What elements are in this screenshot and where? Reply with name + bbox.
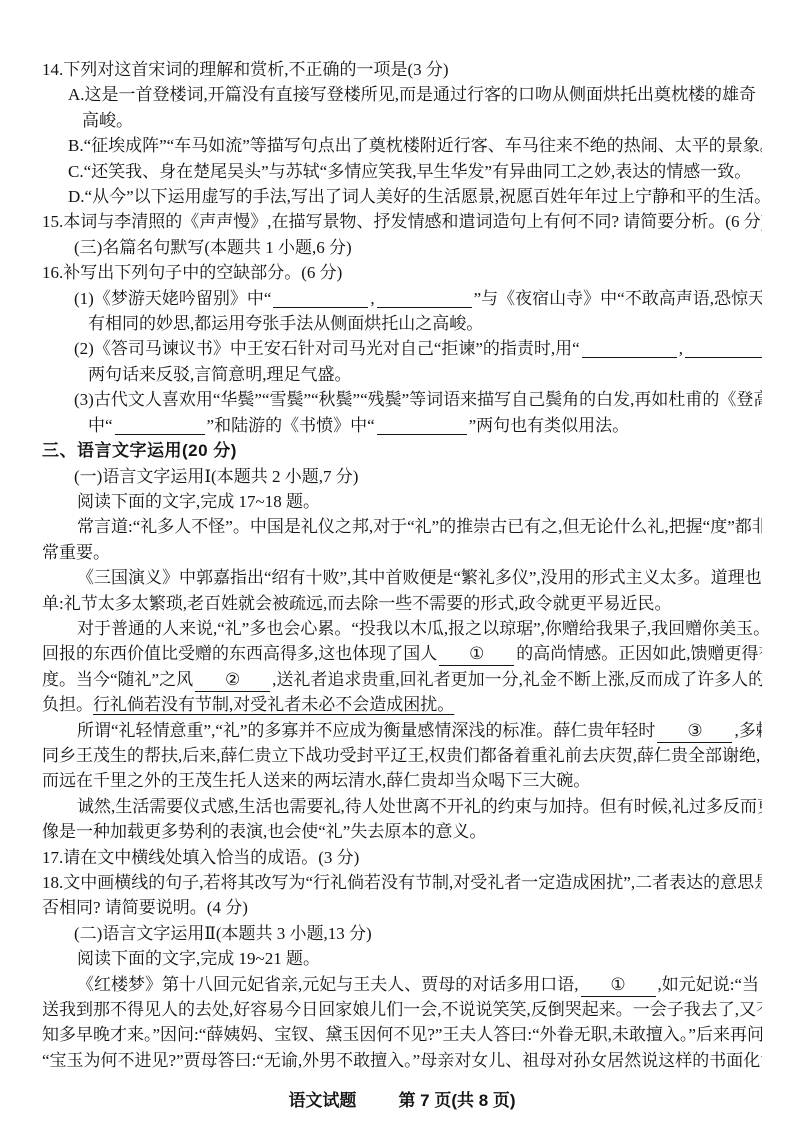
question-16-item3-line2: 中“”和陆游的《书愤》中“”两句也有类似用法。: [42, 413, 762, 438]
passage1-para3-line2: 回报的东西价值比受赠的东西高得多,这也体现了国人①的高尚情感。正因如此,馈赠更得…: [42, 641, 762, 666]
footer-doc-title: 语文试题: [288, 1091, 356, 1110]
question-15-stem: 15.本词与李清照的《声声慢》,在描写景物、抒发情感和遣词造句上有何不同? 请简…: [42, 209, 762, 234]
answer-blank: [377, 434, 467, 435]
passage1-para4-line1: 所谓“礼轻情意重”,“礼”的多寡并不应成为衡量感情深浅的标准。薛仁贵年轻时③,多…: [42, 718, 762, 743]
passage1-para3-line1: 对于普通的人来说,“礼”多也会心累。“投我以木瓜,报之以琼琚”,你赠给我果子,我…: [42, 616, 762, 641]
passage2-text: 《红楼梦》第十八回元妃省亲,元妃与王夫人、贾母的对话多用口语,: [77, 975, 579, 994]
passage2-line4: “宝玉为何不进见?”贾母答曰:“无谕,外男不敢擅入。”母亲对女儿、祖母对孙女居然…: [42, 1048, 762, 1073]
section-ii-subheader: (二)语言文字运用Ⅱ(本题共 3 小题,13 分): [42, 921, 762, 946]
question-14-option-c: C.“还笑我、身在楚尾吴头”与苏轼“多情应笑我,早生华发”有异曲同工之妙,表达的…: [42, 159, 762, 184]
footer-page-number: 第 7 页(共 8 页): [398, 1091, 515, 1110]
question-16-item2-line2: 两句话来反驳,言简意明,理足气盛。: [42, 362, 762, 387]
q16-item2-text-mid: ,: [679, 339, 683, 358]
passage1-text: 所谓“礼轻情意重”,“礼”的多寡并不应成为衡量感情深浅的标准。薛仁贵年轻时: [77, 721, 655, 740]
passage1-para1-line1: 常言道:“礼多人不怪”。中国是礼仪之邦,对于“礼”的推崇古已有之,但无论什么礼,…: [42, 514, 762, 539]
answer-blank-circled-1: ①: [581, 974, 656, 997]
passage2-line1: 《红楼梦》第十八回元妃省亲,元妃与王夫人、贾母的对话多用口语,①,如元妃说:“当…: [42, 972, 762, 997]
passage1-text: 的高尚情感。正因如此,馈赠更得有: [516, 644, 762, 663]
q16-item3-text-mid: ”和陆游的《书愤》中“: [207, 416, 375, 435]
question-14-option-a-line2: 高峻。: [42, 108, 762, 133]
section-i-subheader: (一)语言文字运用Ⅰ(本题共 2 小题,7 分): [42, 464, 762, 489]
section-3-subheader: (三)名篇名句默写(本题共 1 小题,6 分): [42, 235, 762, 260]
answer-blank: [685, 357, 762, 358]
q16-item3-text-pre: 中“: [88, 416, 113, 435]
passage1-para5-line1: 诚然,生活需要仪式感,生活也需要礼,待人处世离不开礼的约束与加持。但有时候,礼过…: [42, 794, 762, 819]
question-14-option-a-line1: A.这是一首登楼词,开篇没有直接写登楼所见,而是通过行客的口吻从侧面烘托出奠枕楼…: [42, 82, 762, 107]
answer-blank: [377, 307, 472, 308]
answer-blank-circled-1: ①: [439, 643, 514, 666]
page-footer: 语文试题第 7 页(共 8 页): [42, 1088, 762, 1113]
answer-blank: [582, 357, 677, 358]
question-16-item1-line1: (1)《梦游天姥吟留别》中“,”与《夜宿山寺》中“不敢高声语,恐惊天上人”: [42, 286, 762, 311]
passage1-para5-line2: 像是一种加载更多势利的表演,也会使“礼”失去原本的意义。: [42, 819, 762, 844]
question-14-option-b: B.“征埃成阵”“车马如流”等描写句点出了奠枕楼附近行客、车马往来不绝的热闹、太…: [42, 133, 762, 158]
q16-item2-text-pre: (2)《答司马谏议书》中王安石针对司马光对自己“拒谏”的指责时,用“: [74, 339, 580, 358]
answer-blank: [273, 307, 368, 308]
passage1-para3-line4: 负担。行礼倘若没有节制,对受礼者未必不会造成困扰。: [42, 692, 762, 717]
passage1-text: ,多赖: [734, 721, 762, 740]
question-14-option-d: D.“从今”以下运用虚写的手法,写出了词人美好的生活愿景,祝愿百姓年年过上宁静和…: [42, 184, 762, 209]
reading1-instruction: 阅读下面的文字,完成 17~18 题。: [42, 489, 762, 514]
passage1-text: 回报的东西价值比受赠的东西高得多,这也体现了国人: [42, 644, 437, 663]
passage1-para4-line2: 同乡王茂生的帮扶,后来,薛仁贵立下战功受封平辽王,权贵们都备着重礼前去庆贺,薛仁…: [42, 743, 762, 768]
question-16-stem: 16.补写出下列句子中的空缺部分。(6 分): [42, 260, 762, 285]
q16-item1-text-pre: (1)《梦游天姥吟留别》中“: [74, 289, 271, 308]
passage1-text: 负担。: [42, 695, 93, 714]
q16-item3-text-post: ”两句也有类似用法。: [469, 416, 630, 435]
passage2-text: ,如元妃说:“当日既: [658, 975, 763, 994]
answer-blank: [115, 434, 205, 435]
answer-blank-circled-2: ②: [195, 669, 270, 692]
passage1-text: ,送礼者追求贵重,回礼者更加一分,礼金不断上涨,反而成了许多人的: [272, 670, 762, 689]
passage1-para1-line2: 常重要。: [42, 540, 762, 565]
question-16-item2-line1: (2)《答司马谏议书》中王安石针对司马光对自己“拒谏”的指责时,用“,”: [42, 336, 762, 361]
passage2-line2: 送我到那不得见人的去处,好容易今日回家娘儿们一会,不说说笑笑,反倒哭起来。一会子…: [42, 997, 762, 1022]
question-14-stem: 14.下列对这首宋词的理解和赏析,不正确的一项是(3 分): [42, 57, 762, 82]
question-18-line2: 否相同? 请简要说明。(4 分): [42, 895, 762, 920]
section-iii-header: 三、语言文字运用(20 分): [42, 438, 762, 463]
q16-item1-text-post: ”与《夜宿山寺》中“不敢高声语,恐惊天上人”: [474, 289, 762, 308]
passage1-para2-line1: 《三国演义》中郭嘉指出“绍有十败”,其中首败便是“繁礼多仪”,没用的形式主义太多…: [42, 565, 762, 590]
question-17-stem: 17.请在文中横线处填入恰当的成语。(3 分): [42, 845, 762, 870]
passage2-line3: 知多早晚才来。”因问:“薛姨妈、宝钗、黛玉因何不见?”王夫人答曰:“外眷无职,未…: [42, 1022, 762, 1047]
passage1-para2-line2: 单:礼节太多太繁琐,老百姓就会被疏远,而去除一些不需要的形式,政令就更平易近民。: [42, 591, 762, 616]
passage1-para3-line3: 度。当今“随礼”之风②,送礼者追求贵重,回礼者更加一分,礼金不断上涨,反而成了许…: [42, 667, 762, 692]
question-18-line1: 18.文中画横线的句子,若将其改写为“行礼倘若没有节制,对受礼者一定造成困扰”,…: [42, 870, 762, 895]
question-16-item1-line2: 有相同的妙思,都运用夸张手法从侧面烘托山之高峻。: [42, 311, 762, 336]
underlined-sentence: 行礼倘若没有节制,对受礼者未必不会造成困扰。: [93, 695, 454, 714]
reading2-instruction: 阅读下面的文字,完成 19~21 题。: [42, 946, 762, 971]
passage1-text: 度。当今“随礼”之风: [42, 670, 193, 689]
exam-page: 14.下列对这首宋词的理解和赏析,不正确的一项是(3 分) A.这是一首登楼词,…: [0, 0, 800, 1130]
answer-blank-circled-3: ③: [657, 720, 732, 743]
question-16-item3-line1: (3)古代文人喜欢用“华鬓”“雪鬓”“秋鬓”“残鬓”等词语来描写自己鬓角的白发,…: [42, 387, 762, 412]
passage1-para4-line3: 而远在千里之外的王茂生托人送来的两坛清水,薛仁贵却当众喝下三大碗。: [42, 768, 762, 793]
q16-item1-text-mid: ,: [370, 289, 374, 308]
